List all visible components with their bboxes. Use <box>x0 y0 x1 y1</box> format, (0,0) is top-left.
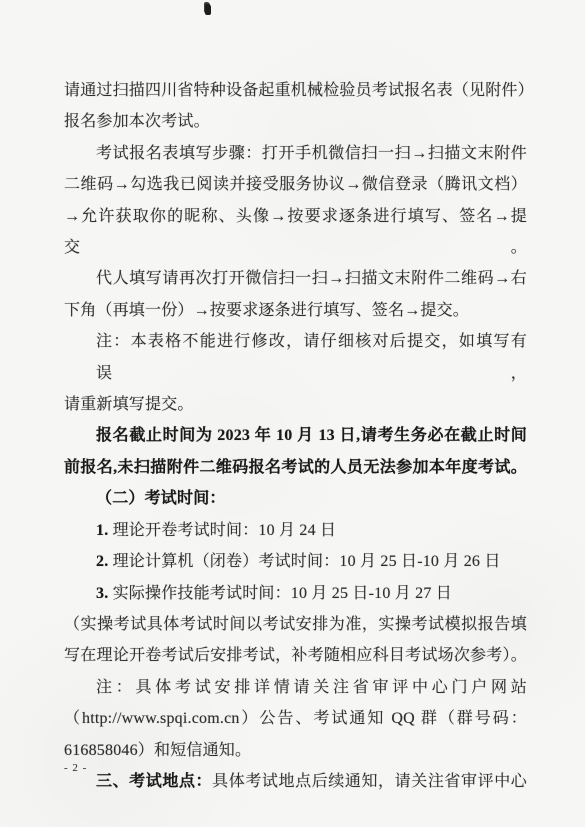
bold-text-segment: 2. <box>96 553 108 570</box>
bold-text-segment: 前报名,未扫描附件二维码报名考试的人员无法参加本年度考试。 <box>64 459 527 476</box>
text-line-9: 请重新填写提交。 <box>64 389 527 420</box>
text-segment: 注：本表格不能进行修改，请仔细核对后提交，如填写有误， <box>96 333 527 381</box>
text-line-15: 3. 实际操作技能考试时间：10 月 25 日-10 月 27 日 <box>64 578 527 609</box>
ink-speck-artifact <box>205 4 211 15</box>
document-body: 请通过扫描四川省特种设备起重机械检验员考试报名表（见附件）报名参加本次考试。考试… <box>64 75 527 797</box>
text-segment: 写在理论开卷考试后安排考试，补考随相应科目考试场次参考）。 <box>64 647 527 664</box>
text-line-18: 注：具体考试安排详情请关注省审评中心门户网站 <box>64 672 527 703</box>
text-segment: 理论计算机（闭卷）考试时间：10 月 25 日-10 月 26 日 <box>108 553 500 570</box>
bold-text-segment: 3. <box>96 585 108 602</box>
bold-text-segment: （二）考试时间： <box>96 490 226 507</box>
text-line-1: 请通过扫描四川省特种设备起重机械检验员考试报名表（见附件） <box>64 75 527 106</box>
text-line-11: 前报名,未扫描附件二维码报名考试的人员无法参加本年度考试。 <box>64 452 527 483</box>
text-line-20: 616858046）和短信通知。 <box>64 735 527 766</box>
text-line-12: （二）考试时间： <box>64 483 527 514</box>
text-line-14: 2. 理论计算机（闭卷）考试时间：10 月 25 日-10 月 26 日 <box>64 546 527 577</box>
text-line-21: 三、考试地点：具体考试地点后续通知，请关注省审评中心 <box>64 766 527 797</box>
text-segment: 下角（再填一份）→按要求逐条进行填写、签名→提交。 <box>64 302 469 319</box>
text-segment: （实操考试具体考试时间以考试安排为准，实操考试模拟报告填 <box>64 616 527 633</box>
text-segment: 二维码→勾选我已阅读并接受服务协议→微信登录（腾讯文档） <box>64 176 527 193</box>
text-segment: 考试报名表填写步骤：打开手机微信扫一扫→扫描文末附件 <box>96 145 527 162</box>
text-line-17: 写在理论开卷考试后安排考试，补考随相应科目考试场次参考）。 <box>64 640 527 671</box>
text-line-19: （http://www.spqi.com.cn）公告、考试通知 QQ 群（群号码… <box>64 703 527 734</box>
scanned-page: 请通过扫描四川省特种设备起重机械检验员考试报名表（见附件）报名参加本次考试。考试… <box>0 0 585 827</box>
bold-text-segment: 三、考试地点： <box>96 773 212 790</box>
text-line-5: →允许获取你的昵称、头像→按要求逐条进行填写、签名→提交。 <box>64 201 527 264</box>
bold-text-segment: 1. <box>96 522 108 539</box>
text-segment: →允许获取你的昵称、头像→按要求逐条进行填写、签名→提交。 <box>64 208 527 256</box>
text-segment: 请通过扫描四川省特种设备起重机械检验员考试报名表（见附件） <box>64 82 534 99</box>
text-segment: （http://www.spqi.com.cn）公告、考试通知 QQ 群（群号码… <box>64 710 527 727</box>
text-line-10: 报名截止时间为 2023 年 10 月 13 日,请考生务必在截止时间 <box>64 420 527 451</box>
text-segment: 报名参加本次考试。 <box>64 113 210 130</box>
text-line-3: 考试报名表填写步骤：打开手机微信扫一扫→扫描文末附件 <box>64 138 527 169</box>
text-segment: 实际操作技能考试时间：10 月 25 日-10 月 27 日 <box>108 585 452 602</box>
text-segment: 注：具体考试安排详情请关注省审评中心门户网站 <box>96 679 527 696</box>
text-line-2: 报名参加本次考试。 <box>64 106 527 137</box>
page-number: - 2 - <box>64 762 87 774</box>
text-line-7: 下角（再填一份）→按要求逐条进行填写、签名→提交。 <box>64 295 527 326</box>
text-segment: 具体考试地点后续通知，请关注省审评中心 <box>212 773 527 790</box>
text-segment: 理论开卷考试时间：10 月 24 日 <box>108 522 336 539</box>
text-line-16: （实操考试具体考试时间以考试安排为准，实操考试模拟报告填 <box>64 609 527 640</box>
text-segment: 代人填写请再次打开微信扫一扫→扫描文末附件二维码→右 <box>96 270 527 287</box>
text-line-4: 二维码→勾选我已阅读并接受服务协议→微信登录（腾讯文档） <box>64 169 527 200</box>
bold-text-segment: 报名截止时间为 2023 年 10 月 13 日,请考生务必在截止时间 <box>96 427 527 444</box>
text-line-8: 注：本表格不能进行修改，请仔细核对后提交，如填写有误， <box>64 326 527 389</box>
text-line-13: 1. 理论开卷考试时间：10 月 24 日 <box>64 515 527 546</box>
text-segment: 616858046）和短信通知。 <box>64 742 251 759</box>
text-segment: 请重新填写提交。 <box>64 396 194 413</box>
text-line-6: 代人填写请再次打开微信扫一扫→扫描文末附件二维码→右 <box>64 263 527 294</box>
